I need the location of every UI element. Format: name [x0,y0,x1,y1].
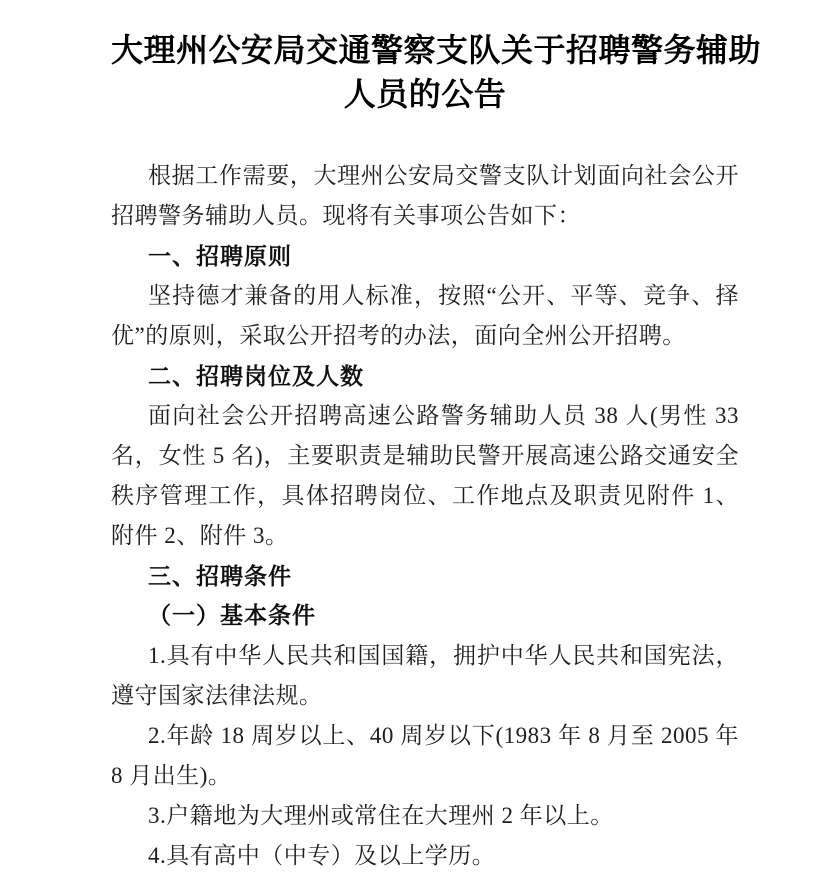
heading-positions-headcount: 二、招聘岗位及人数 [111,356,739,396]
condition-item-3: 3.户籍地为大理州或常住在大理州 2 年以上。 [111,796,739,836]
paragraph-recruitment-principles: 坚持德才兼备的用人标准，按照“公开、平等、竞争、择优”的原则，采取公开招考的办法… [111,276,739,356]
condition-item-2: 2.年龄 18 周岁以上、40 周岁以下(1983 年 8 月至 2005 年 … [111,716,739,796]
heading-recruitment-principles: 一、招聘原则 [111,236,739,276]
paragraph-intro: 根据工作需要，大理州公安局交警支队计划面向社会公开招聘警务辅助人员。现将有关事项… [111,156,739,236]
condition-item-4: 4.具有高中（中专）及以上学历。 [111,836,739,876]
announcement-document: 大理州公安局交通警察支队关于招聘警务辅助 人员的公告 根据工作需要，大理州公安局… [0,0,827,890]
heading-recruitment-conditions: 三、招聘条件 [111,556,739,596]
title-line-2: 人员的公告 [111,72,739,116]
condition-item-1: 1.具有中华人民共和国国籍，拥护中华人民共和国宪法，遵守国家法律法规。 [111,636,739,716]
title-line-1: 大理州公安局交通警察支队关于招聘警务辅助 [111,28,739,72]
paragraph-positions-headcount: 面向社会公开招聘高速公路警务辅助人员 38 人(男性 33 名，女性 5 名)，… [111,396,739,556]
subheading-basic-conditions: （一）基本条件 [111,596,739,636]
page-title: 大理州公安局交通警察支队关于招聘警务辅助 人员的公告 [111,28,739,116]
